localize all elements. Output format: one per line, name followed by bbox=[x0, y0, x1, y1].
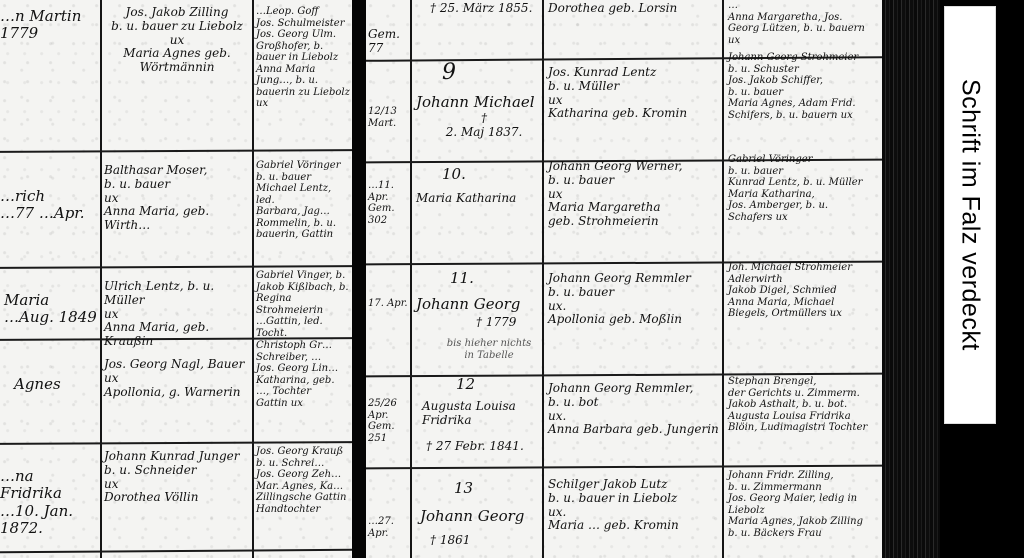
right-row-2-number: 10. bbox=[442, 166, 482, 183]
column-divider bbox=[722, 0, 724, 558]
book-spine-shadow bbox=[882, 0, 940, 558]
left-row-3-godparents: Gabriel Vinger, b. Jakob Kißlbach, b. Re… bbox=[256, 270, 350, 339]
right-row-3-godparents: Joh. Michael Strohmeier Adlerwirth Jakob… bbox=[728, 262, 878, 320]
row-divider bbox=[0, 265, 352, 269]
annotation-label: Schrift im Falz verdeckt bbox=[944, 6, 996, 424]
left-row-3-name: Maria …Aug. 1849 bbox=[4, 292, 100, 327]
right-row-5-godparents: Johann Fridr. Zilling, b. u. Zimmermann … bbox=[728, 470, 878, 539]
right-row-5-death: † 1861 bbox=[430, 534, 542, 548]
right-row-3-parents: Johann Georg Remmler b. u. bauer ux. Apo… bbox=[548, 272, 720, 327]
right-register-page: Gem. 77 † 25. März 1855. Dorothea geb. L… bbox=[366, 0, 882, 558]
right-row-0-godparents: … Anna Margaretha, Jos. Georg Lützen, b.… bbox=[728, 0, 878, 46]
right-row-2-parents: Johann Georg Werner, b. u. bauer ux Mari… bbox=[548, 160, 720, 229]
right-row-0-date: Gem. 77 bbox=[368, 28, 410, 56]
right-row-5-child: Johann Georg bbox=[420, 508, 542, 525]
right-row-0-parents: Dorothea geb. Lorsin bbox=[548, 2, 720, 16]
right-row-1-death: † 2. Maj 1837. bbox=[426, 112, 542, 140]
left-row-2-name: …rich …77 …Apr. bbox=[0, 188, 98, 223]
right-row-4-child: Augusta Louisa Fridrika bbox=[422, 400, 542, 428]
left-row-1-parents: Jos. Jakob Zilling b. u. bauer zu Liebol… bbox=[104, 6, 250, 75]
column-divider bbox=[100, 0, 102, 558]
left-row-2-godparents: Gabriel Vöringer b. u. bauer Michael Len… bbox=[256, 160, 350, 241]
right-row-4-death: † 27 Febr. 1841. bbox=[426, 440, 542, 454]
right-row-3-date: 17. Apr. bbox=[368, 298, 410, 310]
left-row-3-parents: Ulrich Lentz, b. u. Müller ux Anna Maria… bbox=[104, 280, 250, 349]
left-register-page: …n Martin 1779 Jos. Jakob Zilling b. u. … bbox=[0, 0, 352, 558]
row-divider bbox=[0, 441, 352, 445]
row-divider bbox=[0, 549, 352, 553]
left-row-2-parents: Balthasar Moser, b. u. bauer ux Anna Mar… bbox=[104, 164, 250, 233]
column-divider bbox=[542, 0, 544, 558]
right-row-5-date: …27. Apr. bbox=[368, 516, 410, 539]
right-row-4-date: 25/26 Apr. Gem. 251 bbox=[368, 398, 410, 444]
left-row-1-name: …n Martin 1779 bbox=[0, 8, 98, 43]
right-row-3-number: 11. bbox=[450, 270, 490, 287]
left-row-1-godparents: …Leop. Goff Jos. Schulmeister Jos. Georg… bbox=[256, 6, 350, 110]
right-row-3-death: † 1779 bbox=[476, 316, 542, 330]
column-divider bbox=[410, 0, 412, 558]
right-row-4-godparents: Stephan Brengel, der Gerichts u. Zimmerm… bbox=[728, 376, 878, 434]
right-row-2-child: Maria Katharina bbox=[416, 192, 542, 206]
right-row-1-date: 12/13 Mart. bbox=[368, 106, 410, 129]
row-divider bbox=[366, 465, 882, 470]
left-row-5-godparents: Jos. Georg Krauß b. u. Schrei… Jos. Geor… bbox=[256, 446, 350, 515]
right-row-2-date: …11. Apr. Gem. 302 bbox=[368, 180, 410, 226]
right-row-0-child: † 25. März 1855. bbox=[430, 2, 542, 16]
right-row-5-parents: Schilger Jakob Lutz b. u. bauer in Liebo… bbox=[548, 478, 720, 533]
right-row-2-godparents: Gabriel Vöringer b. u. bauer Kunrad Lent… bbox=[728, 154, 878, 223]
right-row-1-parents: Jos. Kunrad Lentz b. u. Müller ux Kathar… bbox=[548, 66, 720, 121]
right-row-4-parents: Johann Georg Remmler, b. u. bot ux. Anna… bbox=[548, 382, 720, 437]
annotation-label-text: Schrift im Falz verdeckt bbox=[956, 79, 985, 351]
column-divider bbox=[252, 0, 254, 558]
row-divider bbox=[0, 149, 352, 153]
left-row-4-parents: Jos. Georg Nagl, Bauer ux Apollonia, g. … bbox=[104, 358, 250, 399]
left-row-4-name: Agnes bbox=[14, 376, 100, 393]
left-row-5-parents: Johann Kunrad Junger b. u. Schneider ux … bbox=[104, 450, 250, 505]
right-row-1-child: Johann Michael bbox=[416, 94, 542, 111]
right-row-1-number: 9 bbox=[442, 60, 482, 85]
right-row-3-note: bis hieher nichts in Tabelle bbox=[436, 338, 542, 361]
right-row-5-number: 13 bbox=[454, 480, 494, 497]
book-gutter bbox=[352, 0, 366, 558]
right-row-3-child: Johann Georg bbox=[416, 296, 542, 313]
right-row-4-number: 12 bbox=[456, 376, 496, 393]
right-row-1-godparents: Johann Georg Strohmeier b. u. Schuster J… bbox=[728, 52, 878, 121]
left-row-5-name: …na Fridrika …10. Jan. 1872. bbox=[0, 468, 98, 537]
left-row-4-godparents: Christoph Gr… Schreiber, … Jos. Georg Li… bbox=[256, 340, 350, 409]
